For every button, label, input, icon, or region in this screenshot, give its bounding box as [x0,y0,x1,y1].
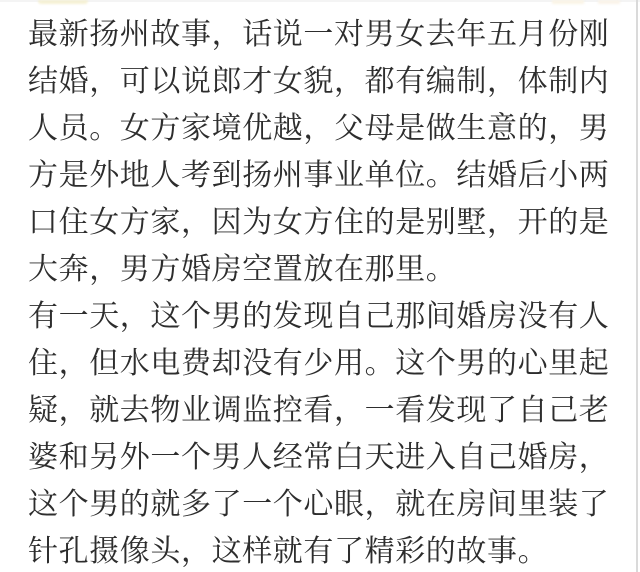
story-text-block: 最新扬州故事，话说一对男女去年五月份刚 结婚，可以说郎才女貌，都有编制，体制内 … [28,11,612,572]
text-line: 结婚，可以说郎才女貌，都有编制，体制内 [28,58,612,105]
text-line: 婆和另外一个男人经常白天进入自己婚房， [28,434,612,481]
text-line: 方是外地人考到扬州事业单位。结婚后小两 [28,152,612,199]
text-line: 人员。女方家境优越，父母是做生意的，男 [28,105,612,152]
page-background: 最新扬州故事，话说一对男女去年五月份刚 结婚，可以说郎才女貌，都有编制，体制内 … [0,0,640,572]
text-line: 这个男的就多了一个心眼，就在房间里装了 [28,481,612,528]
text-line: 疑，就去物业调监控看，一看发现了自己老 [28,387,612,434]
cutoff-yellow-artifact [38,0,88,4]
text-line: 大奔，男方婚房空置放在那里。 [28,246,612,293]
text-line: 最新扬州故事，话说一对男女去年五月份刚 [28,11,612,58]
text-line: 住，但水电费却没有少用。这个男的心里起 [28,340,612,387]
text-line: 有一天，这个男的发现自己那间婚房没有人 [28,293,612,340]
cutoff-cream-artifact [552,0,584,4]
paragraph: 最新扬州故事，话说一对男女去年五月份刚 结婚，可以说郎才女貌，都有编制，体制内 … [28,11,612,293]
cutoff-cream-artifact [598,0,620,4]
paragraph: 有一天，这个男的发现自己那间婚房没有人 住，但水电费却没有少用。这个男的心里起 … [28,293,612,572]
text-line: 针孔摄像头，这样就有了精彩的故事。 [28,528,612,572]
text-line: 口住女方家，因为女方住的是别墅，开的是 [28,199,612,246]
right-edge-line [636,0,638,572]
top-edge-cutoff-strip [0,0,640,2]
